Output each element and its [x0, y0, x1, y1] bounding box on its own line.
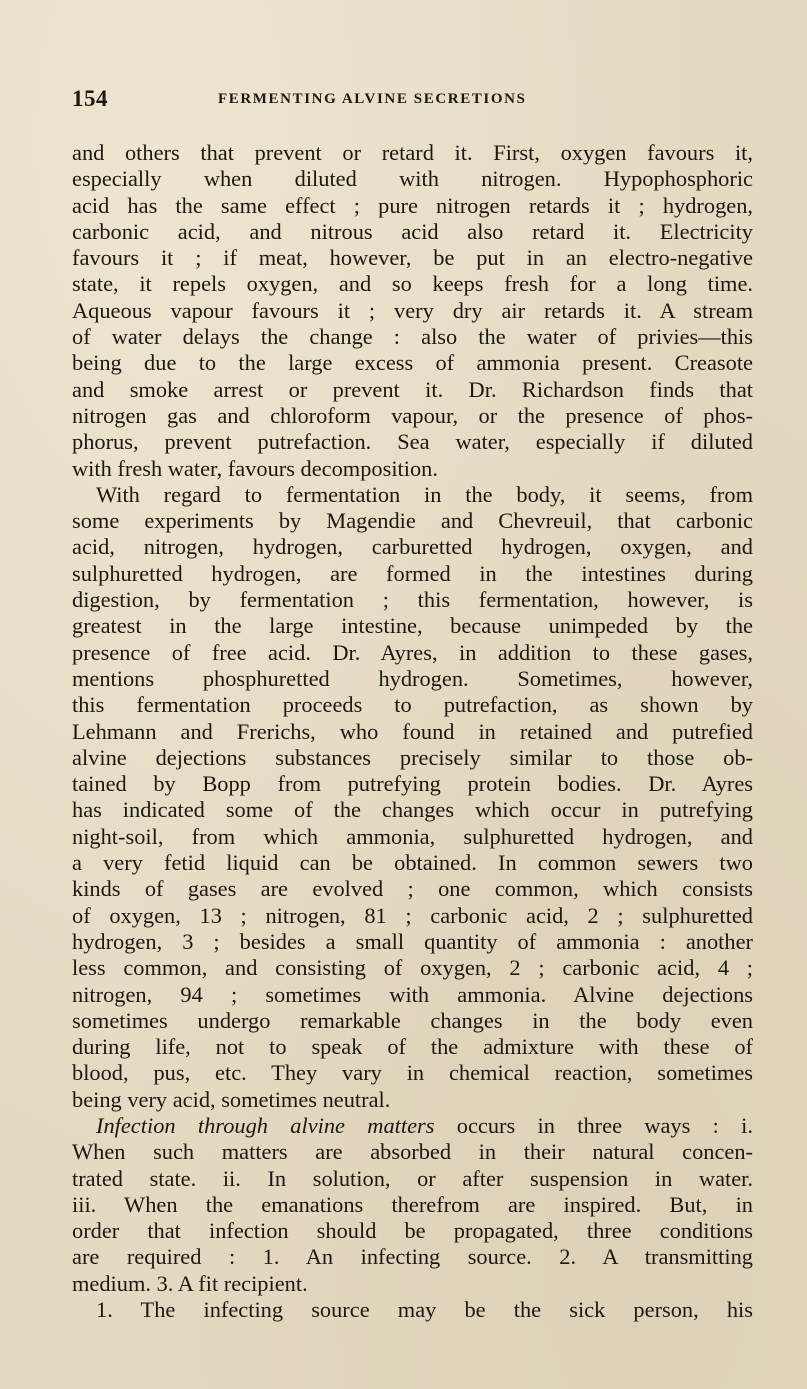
book-page: 154 FERMENTING ALVINE SECRETIONS and oth… — [72, 86, 753, 1323]
text-line: nitrogen, 94 ; sometimes with ammonia. A… — [72, 982, 753, 1008]
running-head: 154 FERMENTING ALVINE SECRETIONS — [72, 86, 753, 116]
text-line: greatest in the large intestine, because… — [72, 613, 753, 639]
text-line: 1. The infecting source may be the sick … — [72, 1297, 753, 1323]
text-line: Infection through alvine matters occurs … — [72, 1113, 753, 1139]
text-line: order that infection should be propagate… — [72, 1218, 753, 1244]
text-line: night-soil, from which ammonia, sulphure… — [72, 824, 753, 850]
text-line: are required : 1. An infecting source. 2… — [72, 1244, 753, 1270]
text-line: and others that prevent or retard it. Fi… — [72, 140, 753, 166]
text-line: with fresh water, favours decomposition. — [72, 456, 753, 482]
text-line: iii. When the emanations therefrom are i… — [72, 1192, 753, 1218]
text-line: blood, pus, etc. They vary in chemical r… — [72, 1060, 753, 1086]
text-line: nitrogen gas and chloroform vapour, or t… — [72, 403, 753, 429]
text-line: acid has the same effect ; pure nitrogen… — [72, 193, 753, 219]
text-line: When such matters are absorbed in their … — [72, 1139, 753, 1165]
text-line: digestion, by fermentation ; this fermen… — [72, 587, 753, 613]
text-line: kinds of gases are evolved ; one common,… — [72, 876, 753, 902]
text-line: medium. 3. A fit recipient. — [72, 1271, 753, 1297]
text-line: With regard to fermentation in the body,… — [72, 482, 753, 508]
text-line: especially when diluted with nitrogen. H… — [72, 166, 753, 192]
text-line: being due to the large excess of ammonia… — [72, 350, 753, 376]
text-line: favours it ; if meat, however, be put in… — [72, 245, 753, 271]
text-line: state, it repels oxygen, and so keeps fr… — [72, 271, 753, 297]
text-line: presence of free acid. Dr. Ayres, in add… — [72, 640, 753, 666]
text-line: phorus, prevent putrefaction. Sea water,… — [72, 429, 753, 455]
text-line: acid, nitrogen, hydrogen, carburetted hy… — [72, 534, 753, 560]
line-remainder: occurs in three ways : i. — [434, 1113, 753, 1138]
text-line: Lehmann and Frerichs, who found in retai… — [72, 719, 753, 745]
page-number: 154 — [72, 86, 108, 112]
text-line: tained by Bopp from putrefying protein b… — [72, 771, 753, 797]
text-line: mentions phosphuretted hydrogen. Sometim… — [72, 666, 753, 692]
text-line: sometimes undergo remarkable changes in … — [72, 1008, 753, 1034]
text-line: sulphuretted hydrogen, are formed in the… — [72, 561, 753, 587]
running-title: FERMENTING ALVINE SECRETIONS — [218, 91, 526, 108]
text-line: trated state. ii. In solution, or after … — [72, 1166, 753, 1192]
text-line: Aqueous vapour favours it ; very dry air… — [72, 298, 753, 324]
text-line: a very fetid liquid can be obtained. In … — [72, 850, 753, 876]
text-line: has indicated some of the changes which … — [72, 797, 753, 823]
text-line: less common, and consisting of oxygen, 2… — [72, 955, 753, 981]
text-line: being very acid, sometimes neutral. — [72, 1087, 753, 1113]
text-line: of water delays the change : also the wa… — [72, 324, 753, 350]
text-line: during life, not to speak of the admixtu… — [72, 1034, 753, 1060]
body-text: and others that prevent or retard it. Fi… — [72, 140, 753, 1323]
italic-phrase: Infection through alvine matters — [96, 1113, 434, 1138]
text-line: alvine dejections substances precisely s… — [72, 745, 753, 771]
text-line: hydrogen, 3 ; besides a small quantity o… — [72, 929, 753, 955]
text-line: of oxygen, 13 ; nitrogen, 81 ; carbonic … — [72, 903, 753, 929]
text-line: some experiments by Magendie and Chevreu… — [72, 508, 753, 534]
text-line: this fermentation proceeds to putrefacti… — [72, 692, 753, 718]
text-line: carbonic acid, and nitrous acid also ret… — [72, 219, 753, 245]
text-line: and smoke arrest or prevent it. Dr. Rich… — [72, 377, 753, 403]
